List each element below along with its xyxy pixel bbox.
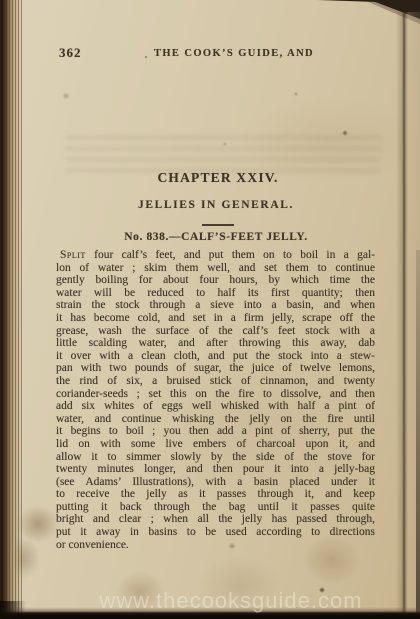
chapter-subtitle: JELLIES IN GENERAL. [138,199,294,211]
recipe-line: put it away in basins to be used accordi… [56,526,375,539]
running-header: THE COOK’S GUIDE, AND [154,48,314,59]
recipe-line: bright and clear ; when all the jelly ha… [56,513,375,526]
recipe-body: Split four calf’s feet, and put them on … [56,249,375,551]
recipe-line: or convenience. [56,539,375,552]
website-watermark: www.thecooksguide.com [99,588,362,614]
recipe-line: grease, wash the surface of the calf’s f… [56,325,375,338]
recipe-line: strain the stock through a sieve into a … [56,299,375,312]
recipe-line: putting it back through the bag until it… [56,501,375,514]
recipe-line: allow it to simmer slowly by the side of… [56,451,375,464]
recipe-line: water will be reduced to half its first … [56,287,375,300]
recipe-line: it begins to boil ; you then add a pint … [56,425,375,438]
recipe-line: add six whites of eggs well whisked with… [56,400,375,413]
recipe-line-text: four calf’s feet, and put them on to boi… [86,249,375,261]
recipe-lead-word: Split [60,249,86,261]
recipe-line: coriander-seeds ; set this on the fire t… [56,388,375,401]
recipe-line: Split four calf’s feet, and put them on … [56,249,375,262]
scanned-book-page: 362 THE COOK’S GUIDE, AND CHAPTER XXIV. … [0,0,420,619]
recipe-heading: No. 838.—CALF’S-FEET JELLY. [124,231,308,243]
recipe-line: lon of water ; skim them well, and set t… [56,262,375,275]
recipe-line: it has become cold, and set in a firm je… [56,312,375,325]
recipe-line: (see Adams’ Illustrations), with a basin… [56,476,375,489]
recipe-line: gently boiling for about four hours, by … [56,274,375,287]
recipe-line: twenty minutes longer, and then pour it … [56,463,375,476]
page-number: 362 [59,45,82,61]
recipe-line: it over with a clean cloth, and put the … [56,350,375,363]
right-page-edge-shadow [416,250,420,619]
recipe-line: to receive the jelly as it passes throug… [56,488,375,501]
section-divider-rule [202,224,234,226]
bottom-left-corner-shadow [0,601,26,619]
recipe-line: lid on with some live embers of charcoal… [56,438,375,451]
book-binding-edge [0,0,22,619]
recipe-line: the rind of six, a bruised stick of cinn… [56,375,375,388]
chapter-title: CHAPTER XXIV. [157,170,278,186]
recipe-line: pan with two pounds of sugar, the juice … [56,362,375,375]
recipe-line: water, and continue whisking the jelly o… [56,413,375,426]
recipe-line: little scalding water, and after throwin… [56,337,375,350]
